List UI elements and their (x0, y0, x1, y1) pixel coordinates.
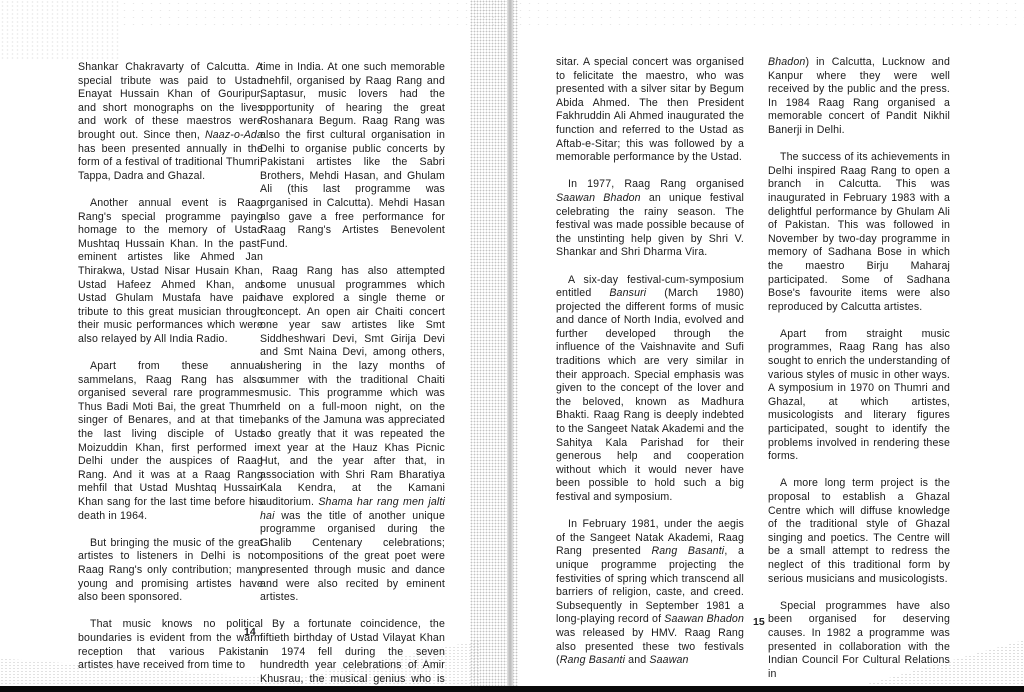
paragraph: But bringing the music of the great arti… (78, 537, 263, 605)
scan-noise (0, 0, 120, 60)
italic-title: Saawan Bhadon (664, 613, 744, 625)
paragraph: In 1977, Raag Rang organised Saawan Bhad… (556, 178, 744, 260)
paragraph: Raag Rang has also attempted some unusua… (260, 265, 445, 605)
italic-title: Bhadon (768, 56, 805, 68)
paragraph: Shankar Chakravarty of Calcutta. A speci… (78, 61, 263, 183)
gutter-fold (507, 0, 513, 688)
left-page-column-2: time in India. At one such memorable meh… (260, 61, 445, 692)
paragraph: Another annual event is Raag Rang's spec… (78, 197, 263, 347)
book-spread: Shankar Chakravarty of Calcutta. A speci… (0, 0, 1024, 692)
scan-noise (120, 0, 1024, 30)
page-number-left: 14 (244, 626, 256, 638)
left-page-column-1: Shankar Chakravarty of Calcutta. A speci… (78, 61, 263, 673)
paragraph: A six-day festival-cum-symposium entitle… (556, 274, 744, 505)
italic-title: Rang Basanti (560, 654, 625, 666)
paragraph: By a fortunate coincidence, the fiftieth… (260, 618, 445, 692)
paragraph: time in India. At one such memorable meh… (260, 61, 445, 251)
page-number-right: 15 (753, 616, 765, 628)
italic-title: Naaz-o-Ada (205, 129, 263, 141)
scan-bottom-edge (0, 686, 1024, 692)
paragraph: In February 1981, under the aegis of the… (556, 518, 744, 668)
italic-title: Saawan (649, 654, 688, 666)
paragraph: Apart from these annual sammelans, Raag … (78, 360, 263, 523)
italic-title: Bansuri (609, 287, 646, 299)
italic-title: Saawan Bhadon (556, 192, 641, 204)
paragraph: A more long term project is the proposal… (768, 477, 950, 586)
paragraph: sitar. A special concert was organised t… (556, 56, 744, 165)
italic-title: Rang Basanti (651, 545, 724, 557)
right-page-column-1: sitar. A special concert was organised t… (556, 56, 744, 668)
paragraph: Apart from straight music programmes, Ra… (768, 328, 950, 464)
right-page-column-2: Bhadon) in Calcutta, Lucknow and Kanpur … (768, 56, 950, 681)
paragraph: That music knows no political boundaries… (78, 618, 263, 672)
paragraph: Bhadon) in Calcutta, Lucknow and Kanpur … (768, 56, 950, 138)
italic-title: Shama har rang men jalti hai (260, 496, 445, 522)
paragraph: The success of its achievements in Delhi… (768, 151, 950, 314)
paragraph: Special programmes have also been organi… (768, 600, 950, 682)
